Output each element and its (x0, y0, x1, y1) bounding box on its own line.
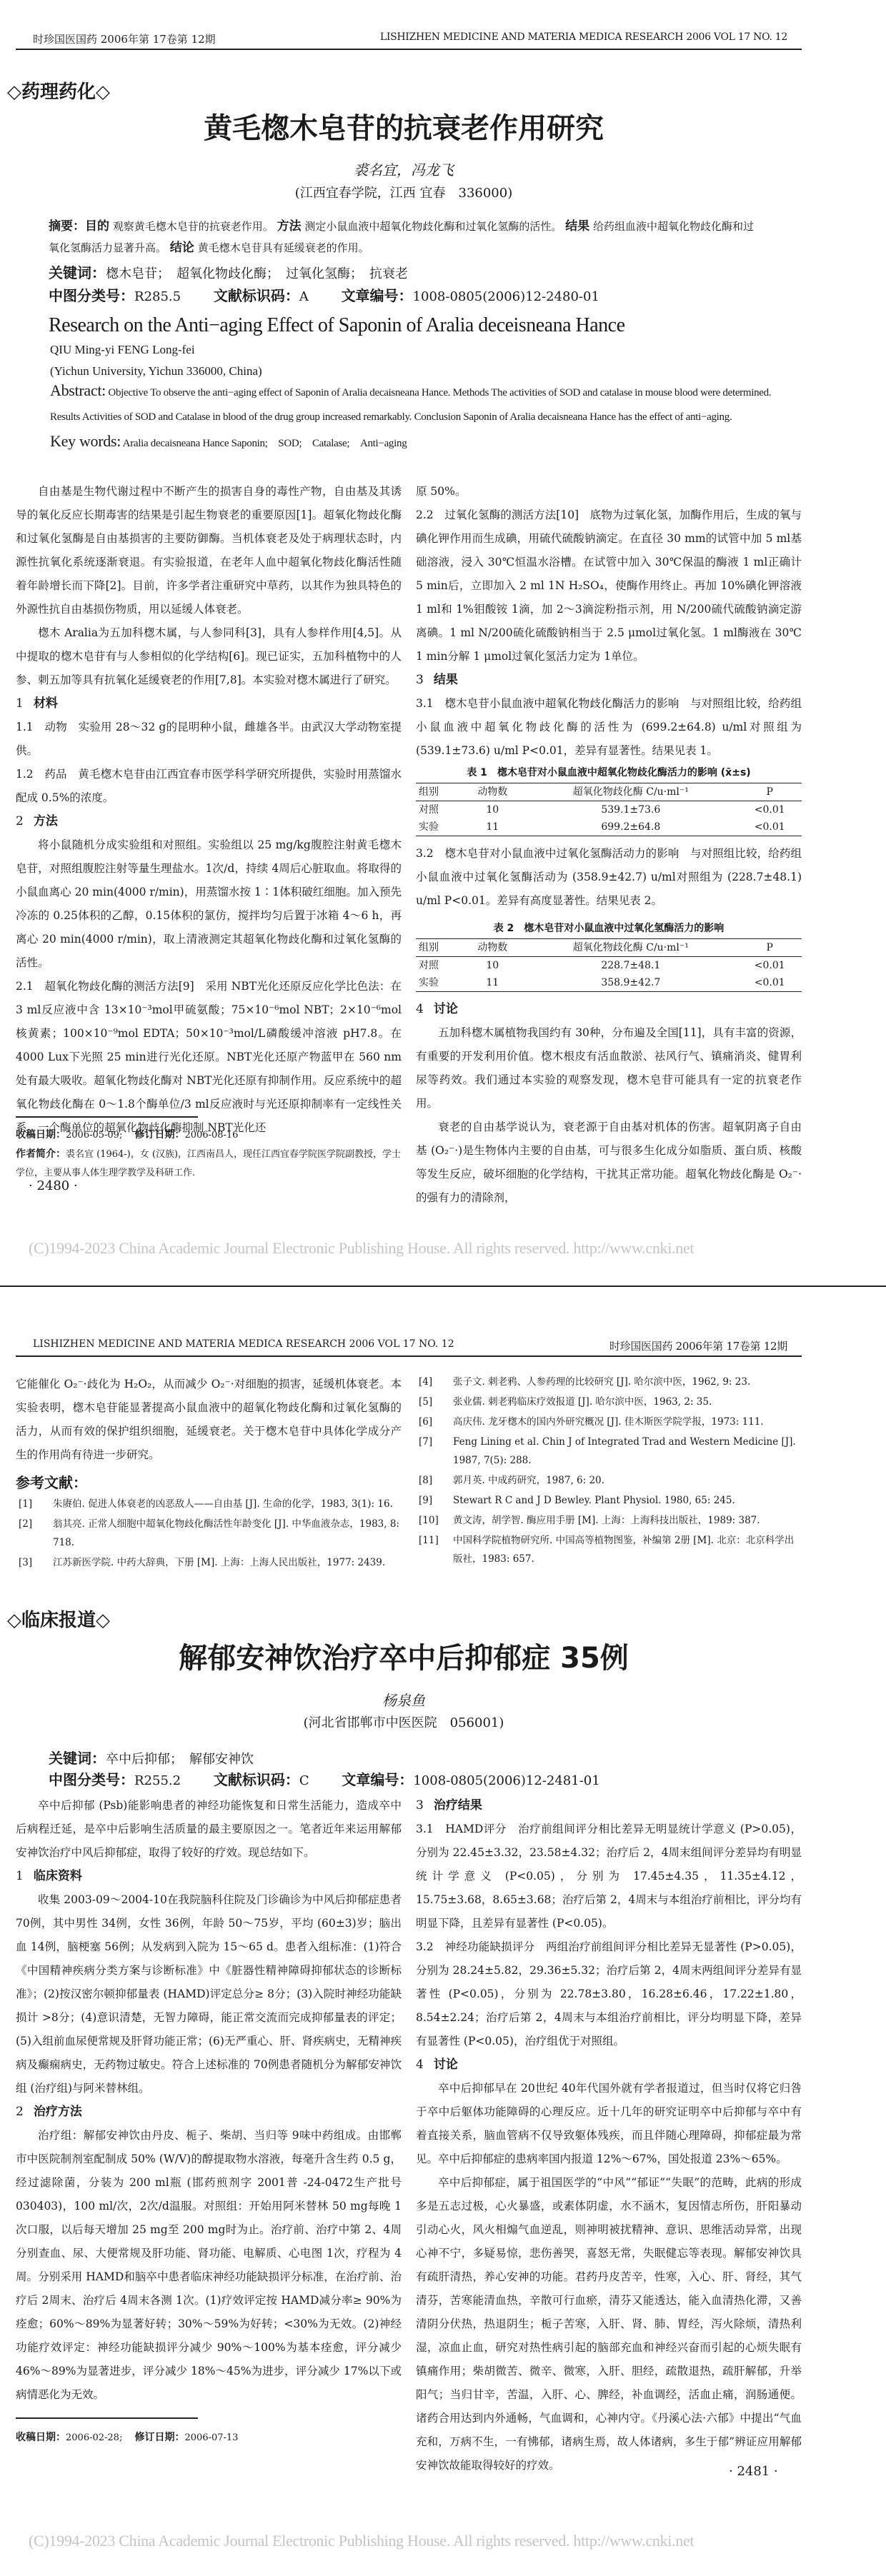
copyright-watermark: (C)1994-2023 China Academic Journal Elec… (29, 1239, 694, 1258)
objective-text: 观察黄毛楤木皂苷的抗衰老作用。 (113, 220, 274, 233)
intro-paragraph: 楤木 Aralia为五加科楤木属，与人参同科[3]，具有人参样作用[4,5]。从… (16, 621, 402, 692)
table-header: 动物数 (461, 939, 524, 957)
article-no-value: 1008-0805(2006)12-2481-01 (413, 1773, 599, 1788)
received-date: 2006-02-28; (66, 2432, 122, 2443)
result-neuro: 3.2 神经功能缺损评分 两组治疗前组间评分相比差异无显著性 (P>0.05)，… (416, 1935, 802, 2053)
continued-text: 原 50%。 (416, 480, 802, 503)
article-authors: 杨泉鱼 (0, 1689, 807, 1710)
received-label: 收稿日期： (16, 1129, 66, 1141)
english-authors: QIU Ming-yi FENG Long-fei (50, 343, 195, 357)
references-heading: 参考文献： (16, 1471, 402, 1495)
reference-item: [3]江苏新医学院. 中药大辞典，下册 [M]. 上海：上海人民出版社，1977… (16, 1553, 402, 1572)
revised-date: 2006-08-16 (184, 1130, 238, 1141)
keywords-label: 关键词： (49, 1750, 106, 1767)
body-left-column: 它能催化 O₂⁻·歧化为 H₂O₂，从而减少 O₂⁻·对细胞的损害，延缓机体衰老… (16, 1373, 402, 1573)
doc-code-label: 文献标识码： (214, 287, 299, 304)
treatment-paragraph: 治疗组：解郁安神饮由丹皮、栀子、柴胡、当归等 9味中药组成。由邯郸市中医院制剂室… (16, 2124, 402, 2407)
table-row: 对照10539.1±73.6<0.01 (416, 801, 802, 819)
article-no-value: 1008-0805(2006)12-2480-01 (413, 289, 599, 304)
english-abstract-label: Abstract: (50, 381, 106, 399)
section-heading: 4讨论 (416, 998, 802, 1021)
subsection-catalase-method: 2.2 过氧化氢酶的测活方法[10] 底物为过氧化氢，加酶作用后，生成的氧与碘化… (416, 503, 802, 668)
doc-code-value: C (299, 1773, 309, 1788)
received-label: 收稿日期： (16, 2432, 66, 2443)
methods-text: 测定小鼠血液中超氧化物歧化酶和过氧化氢酶的活性。 (304, 220, 562, 233)
objective-label: 目的 (85, 219, 109, 234)
clinical-data-paragraph: 收集 2003-09～2004-10在我院脑科住院及门诊确诊为中风后抑郁症患者 … (16, 1888, 402, 2100)
discussion-paragraph: 衰老的自由基学说认为，衰老源于自由基对机体的伤害。超氧阴离子自由基 (O₂⁻·)… (416, 1116, 802, 1210)
table-row: 对照10228.7±48.1<0.01 (416, 957, 802, 975)
english-keywords-label: Key words: (50, 432, 121, 450)
english-abstract: Abstract: Objective To observe the anti−… (50, 379, 772, 456)
results-label: 结果 (565, 219, 589, 234)
reference-item: [10]黄文涛，胡学智. 酶应用手册 [M]. 上海：上海科技出版社，1989:… (416, 1511, 802, 1530)
keywords-line: 关键词：楤木皂苷； 超氧化物歧化酶； 过氧化氢酶； 抗衰老 (49, 261, 408, 282)
copyright-watermark: (C)1994-2023 China Academic Journal Elec… (29, 2532, 694, 2550)
keywords-label: 关键词： (49, 264, 106, 281)
keywords-value: 卒中后抑郁； 解郁安神饮 (106, 1752, 254, 1767)
article-affiliation: (河北省邯郸市中医医院 056001) (0, 1713, 807, 1731)
table-header: 组别 (416, 783, 461, 801)
table-header: P (737, 783, 802, 801)
section-heading: 3治疗结果 (416, 1794, 802, 1818)
references-right-column: [4]张子文. 刺老鸦、人参药理的比较研究 [J]. 哈尔滨中医，1962, 9… (416, 1373, 802, 1570)
journal-page-2481: LISHIZHEN MEDICINE AND MATERIA MEDICA RE… (0, 1286, 886, 2576)
reference-item: [4]张子文. 刺老鸦、人参药理的比较研究 [J]. 哈尔滨中医，1962, 9… (416, 1373, 802, 1391)
section-heading: 2治疗方法 (16, 2100, 402, 2124)
abstract-label: 摘要： (49, 219, 85, 234)
methods-paragraph: 将小鼠随机分成实验组和对照组。实验组以 25 mg/kg腹腔注射黄毛楤木皂苷，对… (16, 833, 402, 975)
header-journal-cn: 时珍国医国药 2006年第 17卷第 12期 (609, 1338, 787, 1353)
article-affiliation: (江西宜春学院，江西 宜春 336000) (0, 183, 807, 201)
english-abstract-text: Objective To observe the anti−aging effe… (50, 387, 771, 423)
clc-label: 中图分类号： (49, 1771, 134, 1788)
table-header: P (737, 939, 802, 957)
subsection-sod-method: 2.1 超氧化物歧化酶的测活方法[9] 采用 NBT光化还原反应化学比色法：在 … (16, 975, 402, 1140)
revised-label: 修订日期： (134, 1129, 184, 1141)
article-title: 黄毛楤木皂苷的抗衰老作用研究 (0, 106, 807, 146)
body-right-column: 3治疗结果 3.1 HAMD评分 治疗前组间评分相比差异无明显统计学意义 (P>… (416, 1794, 802, 2477)
body-left-column: 卒中后抑郁 (Psb)能影响患者的神经功能恢复和日常生活能力，造成卒中后病程迁延… (16, 1794, 402, 2407)
english-keywords-text: Aralia decaisneana Hance Saponin; SOD; C… (123, 438, 407, 449)
table-1: 表 1 楤木皂苷对小鼠血液中超氧化物歧化酶活力的影响 (x̄±s) 组别 动物数… (416, 763, 802, 836)
table-row: 实验11358.9±42.7<0.01 (416, 974, 802, 992)
section-heading: 3结果 (416, 668, 802, 692)
reference-item: [7]Feng Lining et al. Chin J of Integrat… (416, 1433, 802, 1470)
table-caption: 表 2 楤木皂苷对小鼠血液中过氧化氢酶活力的影响 (416, 918, 802, 938)
reference-item: [11]中国科学院植物研究所. 中国高等植物图鉴，补编第 2册 [M]. 北京：… (416, 1531, 802, 1568)
conclusion-label: 结论 (170, 241, 194, 255)
article-no-label: 文章编号： (342, 287, 413, 304)
discussion-paragraph: 卒中后抑郁早在 20世纪 40年代国外就有学者报道过，但当时仅将它归咎于卒中后躯… (416, 2077, 802, 2171)
clc-value: R285.5 (134, 289, 181, 304)
result-sod: 3.1 楤木皂苷小鼠血液中超氧化物歧化酶活力的影响 与对照组比较，给药组小鼠血液… (416, 692, 802, 763)
methods-label: 方法 (277, 219, 302, 234)
section-tag: ◇临床报道◇ (7, 1605, 110, 1632)
clc-label: 中图分类号： (49, 287, 134, 304)
revised-label: 修订日期： (134, 2432, 184, 2443)
english-affiliation: (Yichun University, Yichun 336000, China… (50, 364, 262, 379)
article-authors: 裘名宜，冯龙飞 (0, 159, 807, 179)
reference-item: [6]高庆伟. 龙牙楤木的国内外研究概况 [J]. 佳木斯医学院学报，1973:… (416, 1413, 802, 1431)
page-number: · 2481 · (729, 2464, 778, 2479)
article1-continuation: 它能催化 O₂⁻·歧化为 H₂O₂，从而减少 O₂⁻·对细胞的损害，延缓机体衰老… (16, 1373, 402, 1467)
reference-item: [2]翁其亮. 正常人细胞中超氧化物歧化酶活性年龄变化 [J]. 中华血液杂志，… (16, 1515, 402, 1552)
reference-item: [5]张业儒. 刺老鸦临床疗效报道 [J]. 哈尔滨中医，1963, 2: 35… (416, 1393, 802, 1411)
chinese-abstract: 摘要：目的 观察黄毛楤木皂苷的抗衰老作用。 方法 测定小鼠血液中超氧化物歧化酶和… (49, 216, 763, 259)
clc-value: R255.2 (134, 1773, 181, 1788)
article-footnote: 收稿日期：2006-02-28; 修订日期：2006-07-13 (16, 2428, 402, 2447)
bio-label: 作者简介： (16, 1148, 66, 1160)
article-footnote: 收稿日期：2006-05-09; 修订日期：2006-08-16 作者简介：裘名… (16, 1126, 402, 1183)
subsection-animals: 1.1 动物 实验用 28～32 g的昆明种小鼠，雌雄各半。由武汉大学动物室提供… (16, 716, 402, 763)
revised-date: 2006-07-13 (184, 2432, 238, 2443)
table-2: 表 2 楤木皂苷对小鼠血液中过氧化氢酶活力的影响 组别 动物数 超氧化物歧化酶 … (416, 918, 802, 992)
conclusion-text: 黄毛楤木皂苷具有延缓衰老的作用。 (198, 241, 369, 254)
reference-list: [1]朱赓伯. 促进人体衰老的凶恶敌人——自由基 [J]. 生命的化学，1983… (16, 1495, 402, 1572)
classification-line: 中图分类号：R255.2 文献标识码：C 文章编号：1008-0805(2006… (49, 1768, 600, 1789)
classification-line: 中图分类号：R285.5 文献标识码：A 文章编号：1008-0805(2006… (49, 284, 599, 305)
keywords-line: 关键词：卒中后抑郁； 解郁安神饮 (49, 1747, 254, 1768)
reference-item: [1]朱赓伯. 促进人体衰老的凶恶敌人——自由基 [J]. 生命的化学，1983… (16, 1495, 402, 1513)
section-heading: 1临床资料 (16, 1865, 402, 1888)
section-heading: 2方法 (16, 810, 402, 833)
footnote-rule (16, 2417, 198, 2419)
running-header: LISHIZHEN MEDICINE AND MATERIA MEDICA RE… (16, 1335, 802, 1357)
discussion-paragraph: 卒中后抑郁症，属于祖国医学的“中风”“郁证”“失眠”的范畴，此病的形成多是五志过… (416, 2171, 802, 2477)
received-date: 2006-05-09; (66, 1130, 122, 1141)
section-tag: ◇药理药化◇ (7, 77, 110, 104)
body-right-column: 原 50%。 2.2 过氧化氢酶的测活方法[10] 底物为过氧化氢，加酶作用后，… (416, 480, 802, 1210)
reference-list: [4]张子文. 刺老鸦、人参药理的比较研究 [J]. 哈尔滨中医，1962, 9… (416, 1373, 802, 1568)
article-no-label: 文章编号： (342, 1771, 413, 1788)
keywords-value: 楤木皂苷； 超氧化物歧化酶； 过氧化氢酶； 抗衰老 (106, 266, 408, 281)
article-title: 解郁安神饮治疗卒中后抑郁症 35例 (0, 1635, 807, 1676)
journal-page-2480: 时珍国医国药 2006年第 17卷第 12期 LISHIZHEN MEDICIN… (0, 0, 886, 1257)
result-hamd: 3.1 HAMD评分 治疗前组间评分相比差异无明显统计学意义 (P>0.05)，… (416, 1818, 802, 1935)
section-heading: 4讨论 (416, 2053, 802, 2077)
header-journal-en: LISHIZHEN MEDICINE AND MATERIA MEDICA RE… (33, 1338, 454, 1350)
header-journal-en: LISHIZHEN MEDICINE AND MATERIA MEDICA RE… (380, 31, 787, 43)
table-row: 实验11699.2±64.8<0.01 (416, 818, 802, 836)
author-bio: 裘名宜 (1964-)，女 (汉族)，江西南昌人，现任江西宜春学院医学院副教授，… (16, 1149, 401, 1178)
english-title: Research on the Anti−aging Effect of Sap… (49, 314, 625, 337)
subsection-drug: 1.2 药品 黄毛楤木皂苷由江西宜春市医学科学研究所提供，实验时用蒸馏水配成 0… (16, 763, 402, 810)
footnote-rule (16, 1116, 198, 1118)
page-number: · 2480 · (29, 1178, 78, 1193)
section-heading: 1材料 (16, 692, 402, 716)
discussion-paragraph: 五加科楤木属植物我国约有 30种，分布遍及全国[11]，具有丰富的资源，有重要的… (416, 1021, 802, 1116)
intro-paragraph: 自由基是生物代谢过程中不断产生的损害自身的毒性产物，自由基及其诱导的氧化反应长期… (16, 480, 402, 621)
table-header: 超氧化物歧化酶 C/u·ml⁻¹ (524, 783, 737, 801)
running-header: 时珍国医国药 2006年第 17卷第 12期 LISHIZHEN MEDICIN… (16, 29, 802, 50)
reference-item: [9]Stewart R C and J D Bewley. Plant Phy… (416, 1491, 802, 1510)
table-header: 超氧化物歧化酶 C/u·ml⁻¹ (524, 939, 737, 957)
reference-item: [8]郭月英. 中成药研究，1987, 6: 20. (416, 1471, 802, 1490)
result-catalase: 3.2 楤木皂苷对小鼠血液中过氧化氢酶活动力的影响 与对照组比较，给药组小鼠血液… (416, 842, 802, 913)
table-header: 动物数 (461, 783, 524, 801)
doc-code-label: 文献标识码： (214, 1771, 299, 1788)
table-header: 组别 (416, 939, 461, 957)
body-left-column: 自由基是生物代谢过程中不断产生的损害自身的毒性产物，自由基及其诱导的氧化反应长期… (16, 480, 402, 1140)
intro-paragraph: 卒中后抑郁 (Psb)能影响患者的神经功能恢复和日常生活能力，造成卒中后病程迁延… (16, 1794, 402, 1865)
header-journal-cn: 时珍国医国药 2006年第 17卷第 12期 (33, 31, 216, 46)
table-caption: 表 1 楤木皂苷对小鼠血液中超氧化物歧化酶活力的影响 (x̄±s) (416, 763, 802, 783)
doc-code-value: A (299, 289, 309, 304)
